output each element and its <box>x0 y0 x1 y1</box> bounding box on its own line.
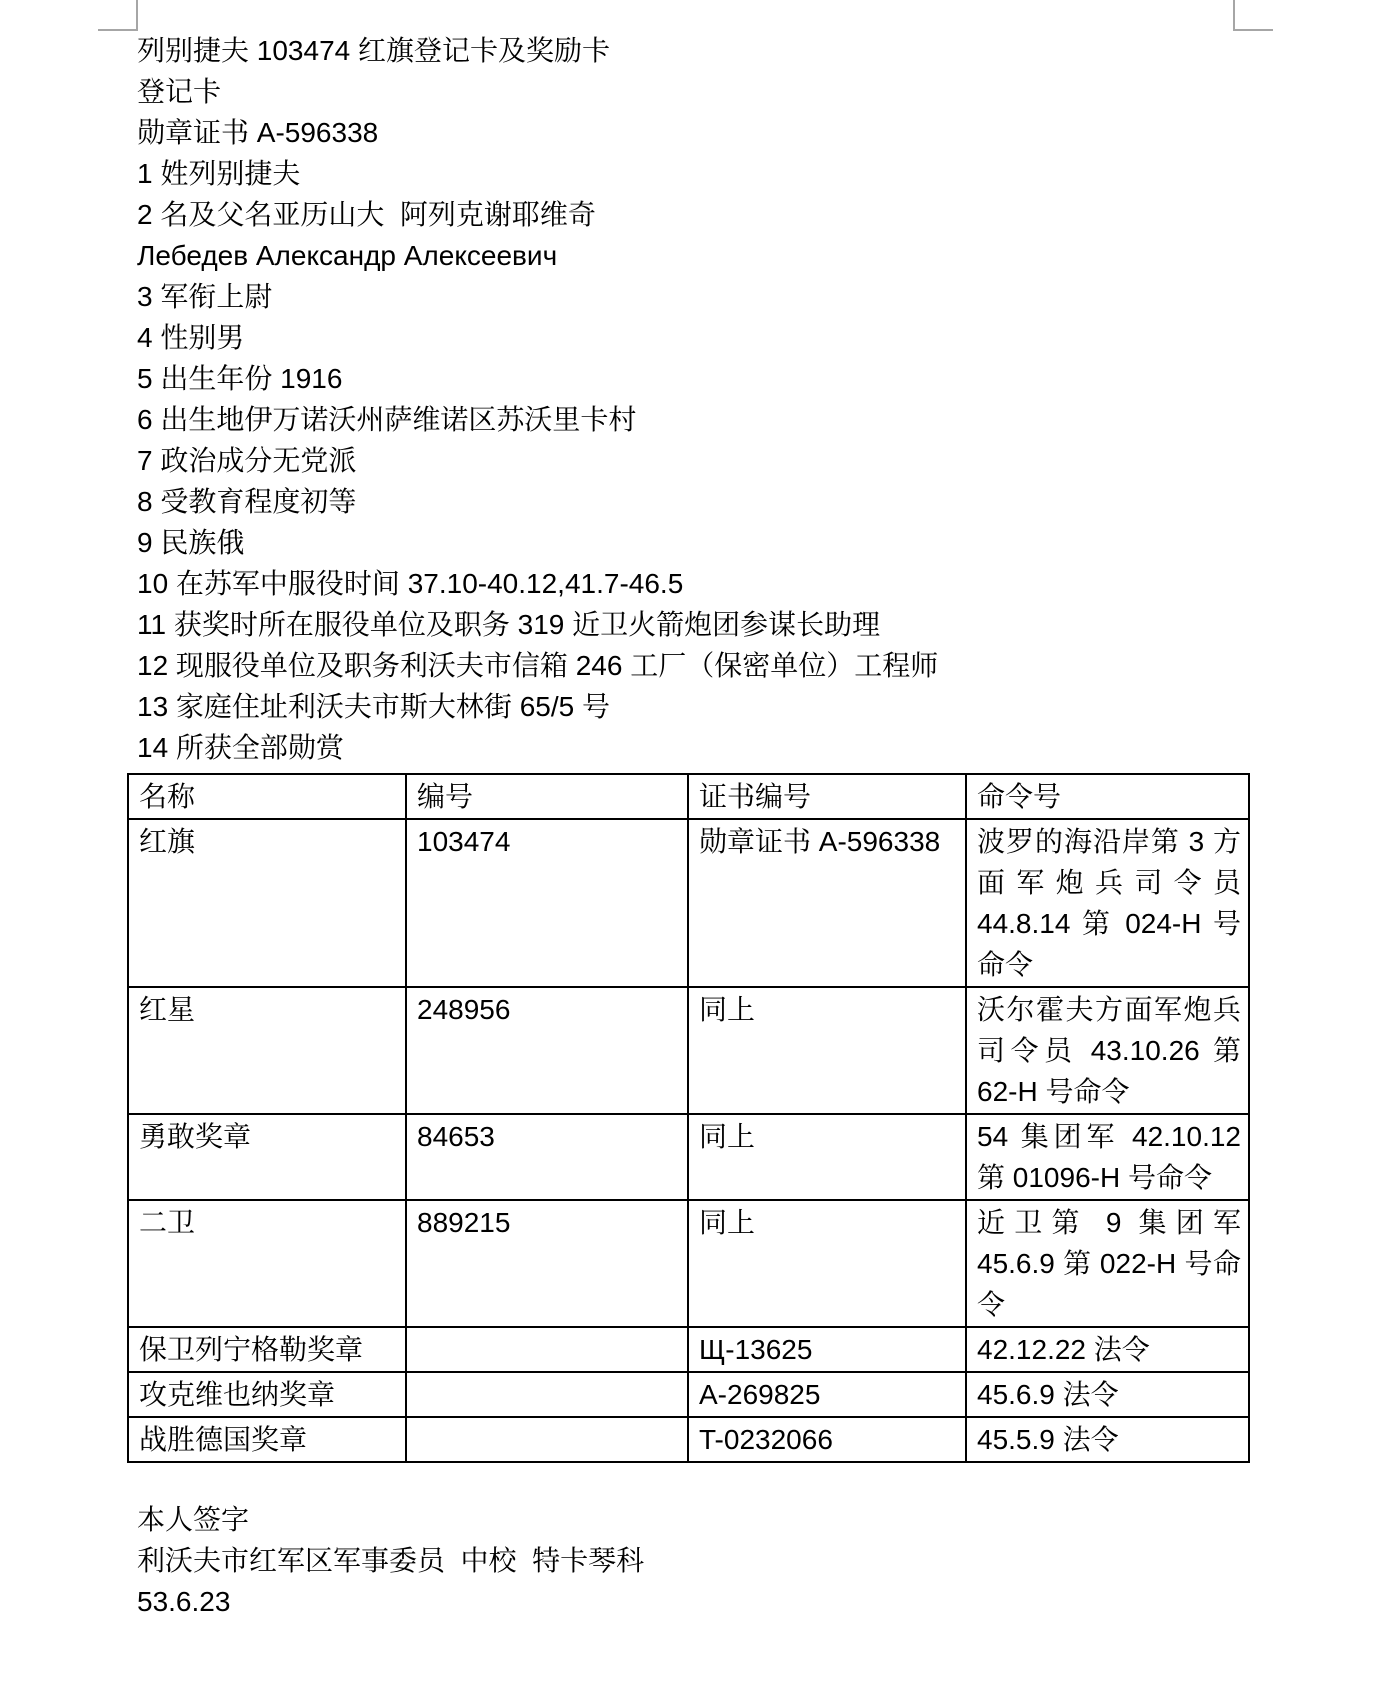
margin-crop-mark-top-right <box>1233 0 1273 31</box>
doc-line: 12 现服役单位及职务利沃夫市信箱 246 工厂（保密单位）工程师 <box>137 645 1267 686</box>
table-row: 红星 248956 同上 沃尔霍夫方面军炮兵司令员 43.10.26 第 62-… <box>128 987 1249 1114</box>
doc-line: 4 性别男 <box>137 317 1267 358</box>
signature-block: 本人签字 利沃夫市红军区军事委员 中校 特卡琴科 53.6.23 <box>137 1499 1267 1622</box>
table-cell-order: 波罗的海沿岸第 3 方面军炮兵司令员 44.8.14 第 024-H 号命令 <box>966 819 1249 987</box>
doc-line: 8 受教育程度初等 <box>137 481 1267 522</box>
doc-title-line: 列别捷夫 103474 红旗登记卡及奖励卡 <box>137 30 1267 71</box>
doc-line: 13 家庭住址利沃夫市斯大林街 65/5 号 <box>137 686 1267 727</box>
table-row: 保卫列宁格勒奖章 Щ-13625 42.12.22 法令 <box>128 1327 1249 1372</box>
column-header-name: 名称 <box>128 774 406 819</box>
doc-line: 11 获奖时所在服役单位及职务 319 近卫火箭炮团参谋长助理 <box>137 604 1267 645</box>
date-line: 53.6.23 <box>137 1581 1267 1622</box>
table-cell-number: 103474 <box>406 819 688 987</box>
doc-line: 勋章证书 A-596338 <box>137 112 1267 153</box>
doc-line: 2 名及父名亚历山大 阿列克谢耶维奇 <box>137 194 1267 235</box>
table-cell-number: 248956 <box>406 987 688 1114</box>
margin-crop-mark-top-left <box>98 0 138 31</box>
table-cell-certificate: A-269825 <box>688 1372 966 1417</box>
table-cell-name: 红旗 <box>128 819 406 987</box>
doc-line: 10 在苏军中服役时间 37.10-40.12,41.7-46.5 <box>137 563 1267 604</box>
table-cell-certificate: Щ-13625 <box>688 1327 966 1372</box>
table-cell-certificate: 勋章证书 A-596338 <box>688 819 966 987</box>
table-cell-name: 红星 <box>128 987 406 1114</box>
table-cell-order: 45.6.9 法令 <box>966 1372 1249 1417</box>
awards-table: 名称 编号 证书编号 命令号 红旗 103474 勋章证书 A-596338 波… <box>127 773 1250 1463</box>
table-cell-number <box>406 1372 688 1417</box>
table-row: 战胜德国奖章 T-0232066 45.5.9 法令 <box>128 1417 1249 1462</box>
doc-line: 7 政治成分无党派 <box>137 440 1267 481</box>
table-cell-order: 54 集团军 42.10.12 第 01096-H 号命令 <box>966 1114 1249 1200</box>
table-cell-order: 45.5.9 法令 <box>966 1417 1249 1462</box>
table-cell-order: 近卫第 9 集团军 45.6.9 第 022-H 号命令 <box>966 1200 1249 1327</box>
table-cell-certificate: 同上 <box>688 987 966 1114</box>
table-cell-number: 889215 <box>406 1200 688 1327</box>
table-cell-number <box>406 1327 688 1372</box>
table-row: 攻克维也纳奖章 A-269825 45.6.9 法令 <box>128 1372 1249 1417</box>
table-cell-certificate: 同上 <box>688 1200 966 1327</box>
document-body: 列别捷夫 103474 红旗登记卡及奖励卡 登记卡 勋章证书 A-596338 … <box>137 30 1267 1622</box>
doc-line: 5 出生年份 1916 <box>137 358 1267 399</box>
commissar-line: 利沃夫市红军区军事委员 中校 特卡琴科 <box>137 1540 1267 1581</box>
table-cell-name: 二卫 <box>128 1200 406 1327</box>
doc-line: 1 姓列别捷夫 <box>137 153 1267 194</box>
column-header-order: 命令号 <box>966 774 1249 819</box>
table-cell-name: 勇敢奖章 <box>128 1114 406 1200</box>
table-cell-number: 84653 <box>406 1114 688 1200</box>
table-cell-name: 战胜德国奖章 <box>128 1417 406 1462</box>
table-row: 勇敢奖章 84653 同上 54 集团军 42.10.12 第 01096-H … <box>128 1114 1249 1200</box>
doc-line: 3 军衔上尉 <box>137 276 1267 317</box>
doc-line: 登记卡 <box>137 71 1267 112</box>
table-cell-name: 保卫列宁格勒奖章 <box>128 1327 406 1372</box>
table-cell-order: 42.12.22 法令 <box>966 1327 1249 1372</box>
table-cell-certificate: 同上 <box>688 1114 966 1200</box>
column-header-number: 编号 <box>406 774 688 819</box>
doc-line: 14 所获全部勋赏 <box>137 727 1267 768</box>
table-header-row: 名称 编号 证书编号 命令号 <box>128 774 1249 819</box>
signature-label: 本人签字 <box>137 1499 1267 1540</box>
doc-line: 6 出生地伊万诺沃州萨维诺区苏沃里卡村 <box>137 399 1267 440</box>
table-cell-name: 攻克维也纳奖章 <box>128 1372 406 1417</box>
column-header-certificate: 证书编号 <box>688 774 966 819</box>
table-cell-order: 沃尔霍夫方面军炮兵司令员 43.10.26 第 62-H 号命令 <box>966 987 1249 1114</box>
table-cell-number <box>406 1417 688 1462</box>
doc-line-cyrillic-name: Лебедев Александр Алексеевич <box>137 235 1267 276</box>
table-row: 红旗 103474 勋章证书 A-596338 波罗的海沿岸第 3 方面军炮兵司… <box>128 819 1249 987</box>
table-cell-certificate: T-0232066 <box>688 1417 966 1462</box>
doc-line: 9 民族俄 <box>137 522 1267 563</box>
table-row: 二卫 889215 同上 近卫第 9 集团军 45.6.9 第 022-H 号命… <box>128 1200 1249 1327</box>
